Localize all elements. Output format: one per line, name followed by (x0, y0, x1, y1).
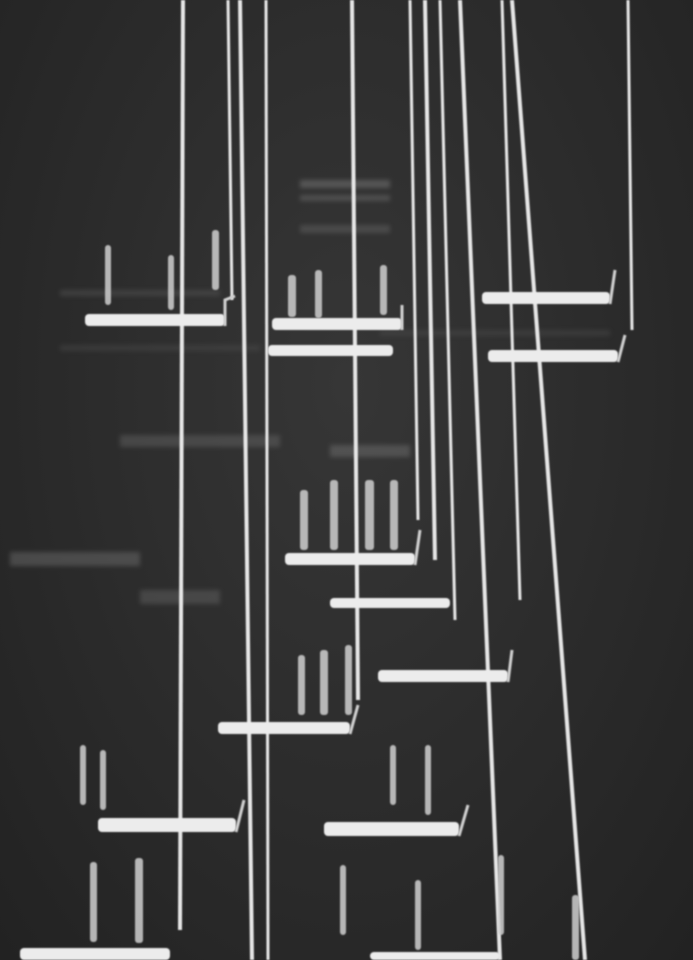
cable-streaks (180, 0, 632, 960)
building-windows (10, 180, 610, 604)
photo-scene (0, 0, 693, 960)
platforms (20, 292, 618, 960)
photograph (0, 0, 693, 960)
